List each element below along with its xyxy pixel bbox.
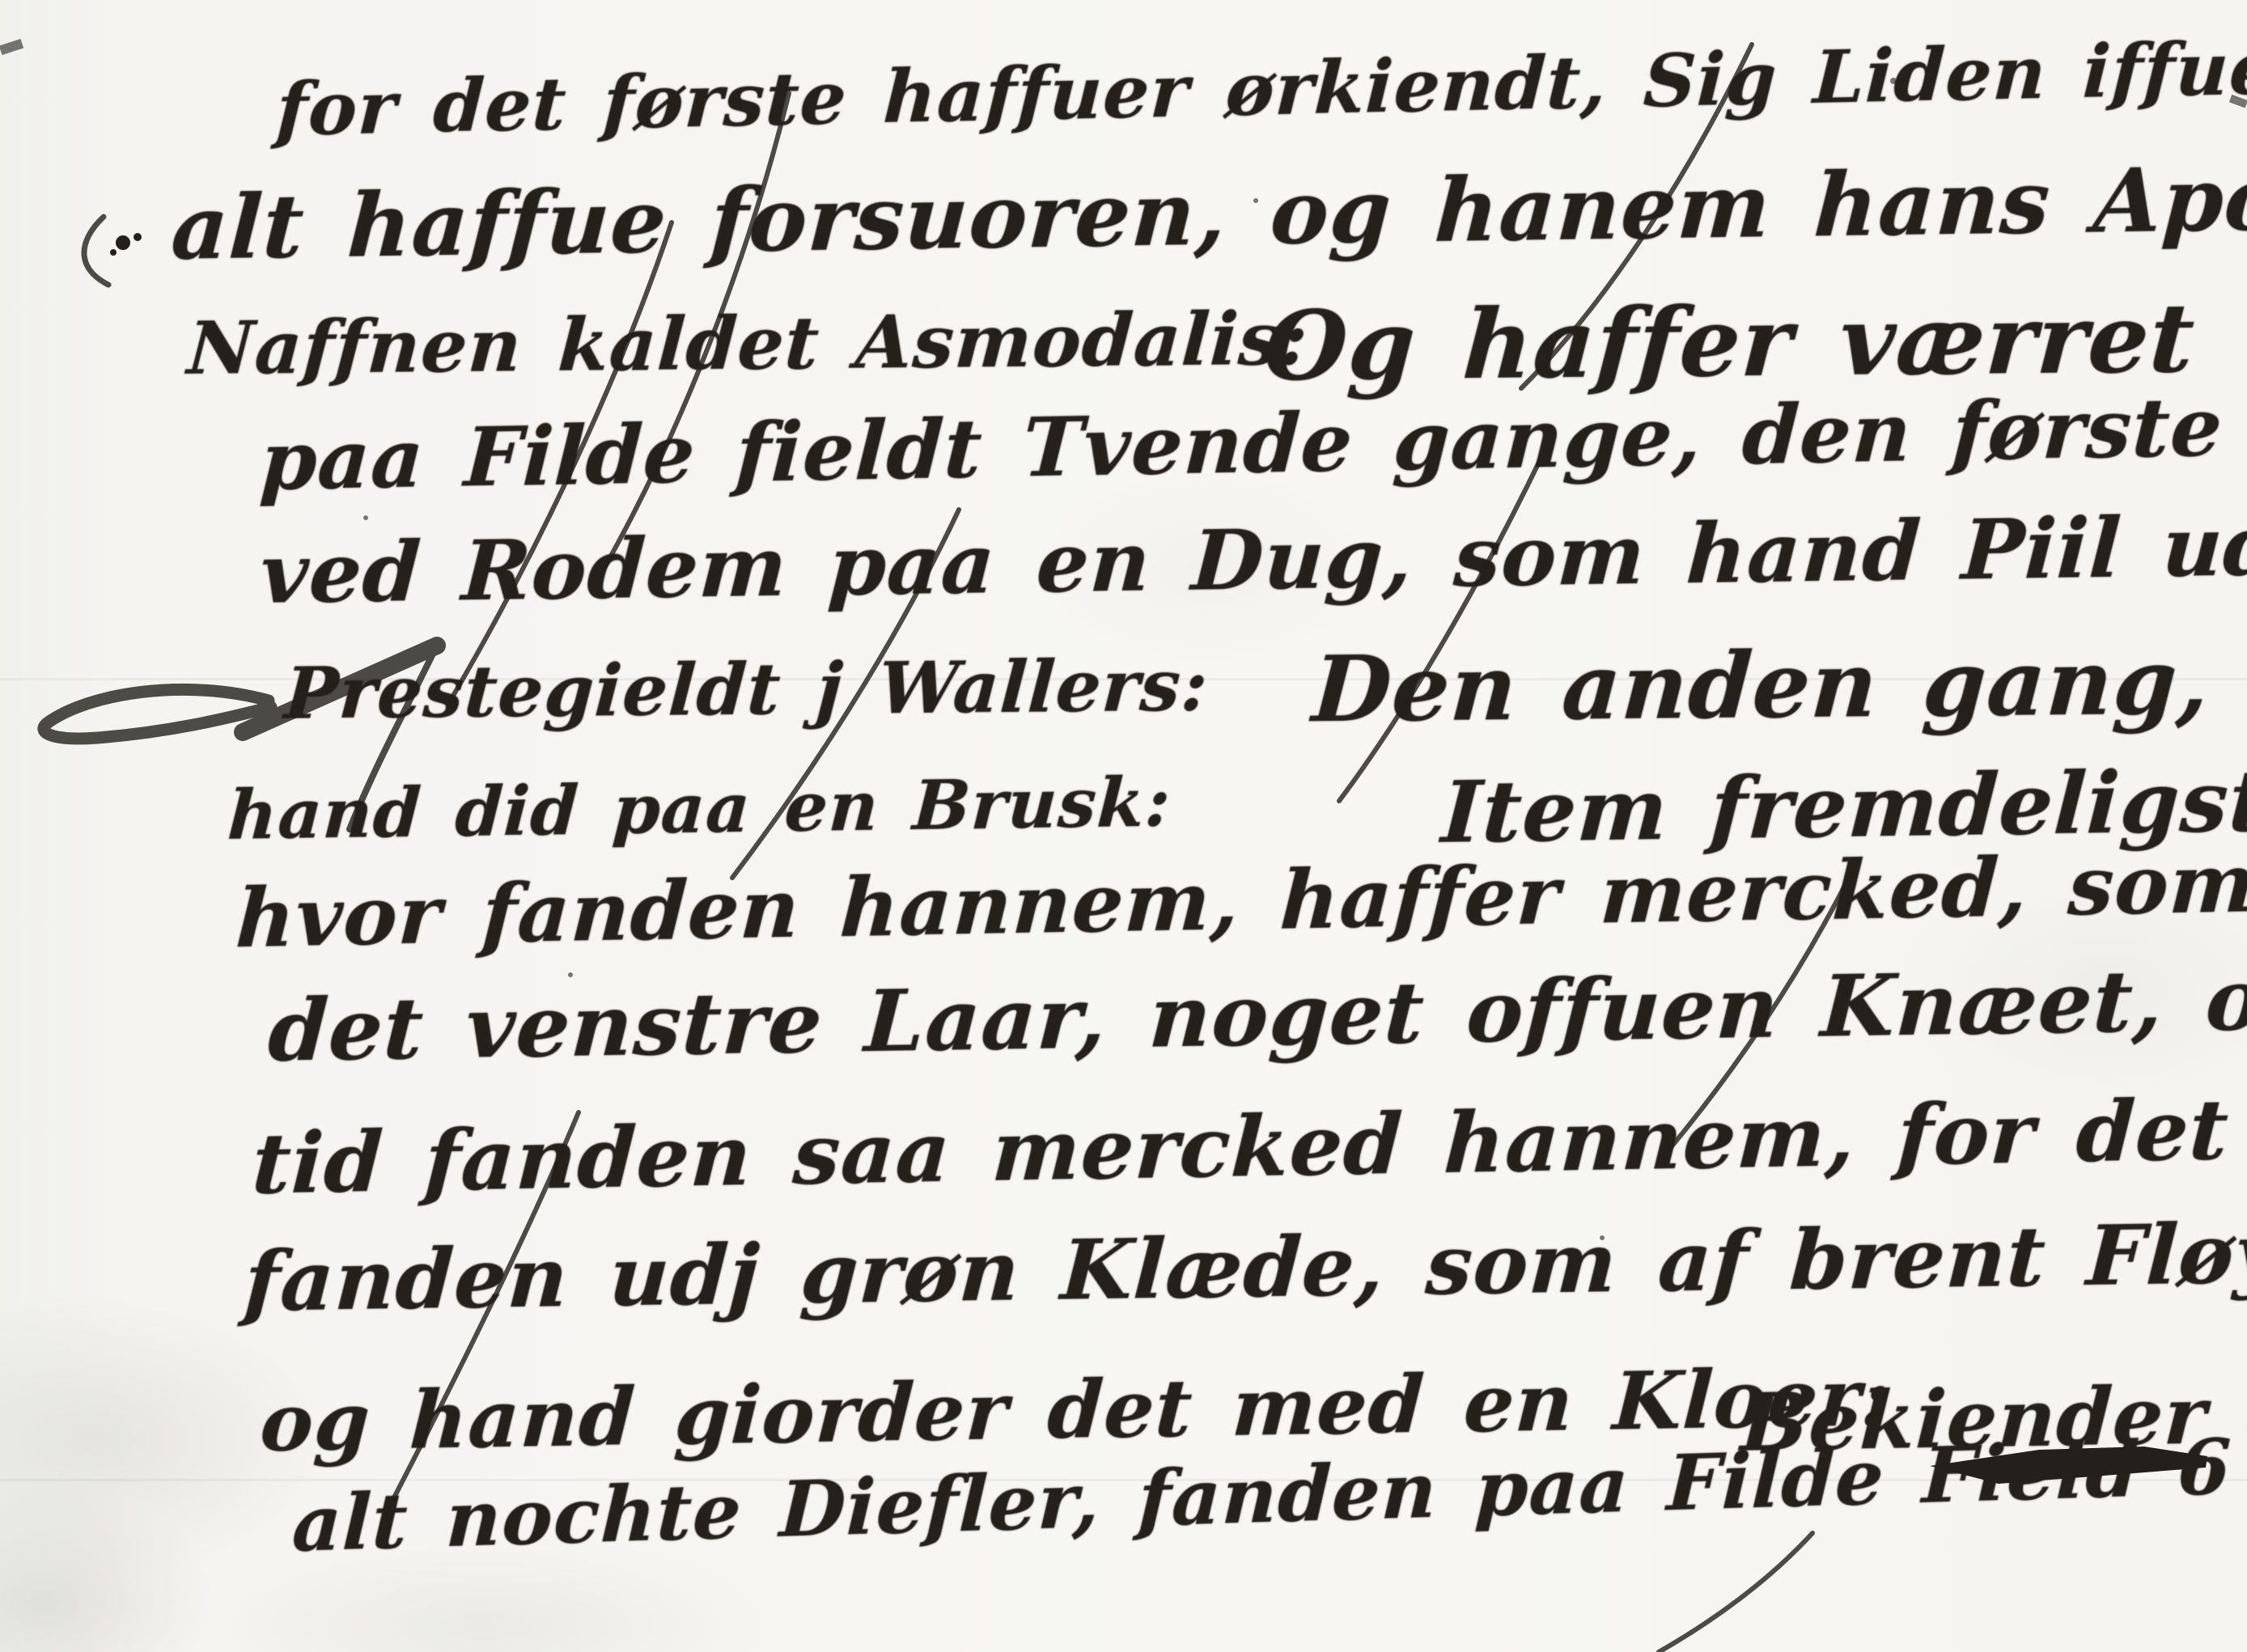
emphasis-underline xyxy=(1930,1447,2207,1484)
manuscript-page: for det første haffuer ørkiendt, Sig Lid… xyxy=(0,0,2247,1652)
ink-flourish xyxy=(392,44,1853,1652)
scan-edge-specks xyxy=(0,39,2247,1426)
margin-paren-mark xyxy=(84,217,108,285)
margin-blot xyxy=(110,233,142,256)
ink-marks-layer xyxy=(0,0,2247,1652)
heavy-blot-stroke xyxy=(44,646,437,829)
